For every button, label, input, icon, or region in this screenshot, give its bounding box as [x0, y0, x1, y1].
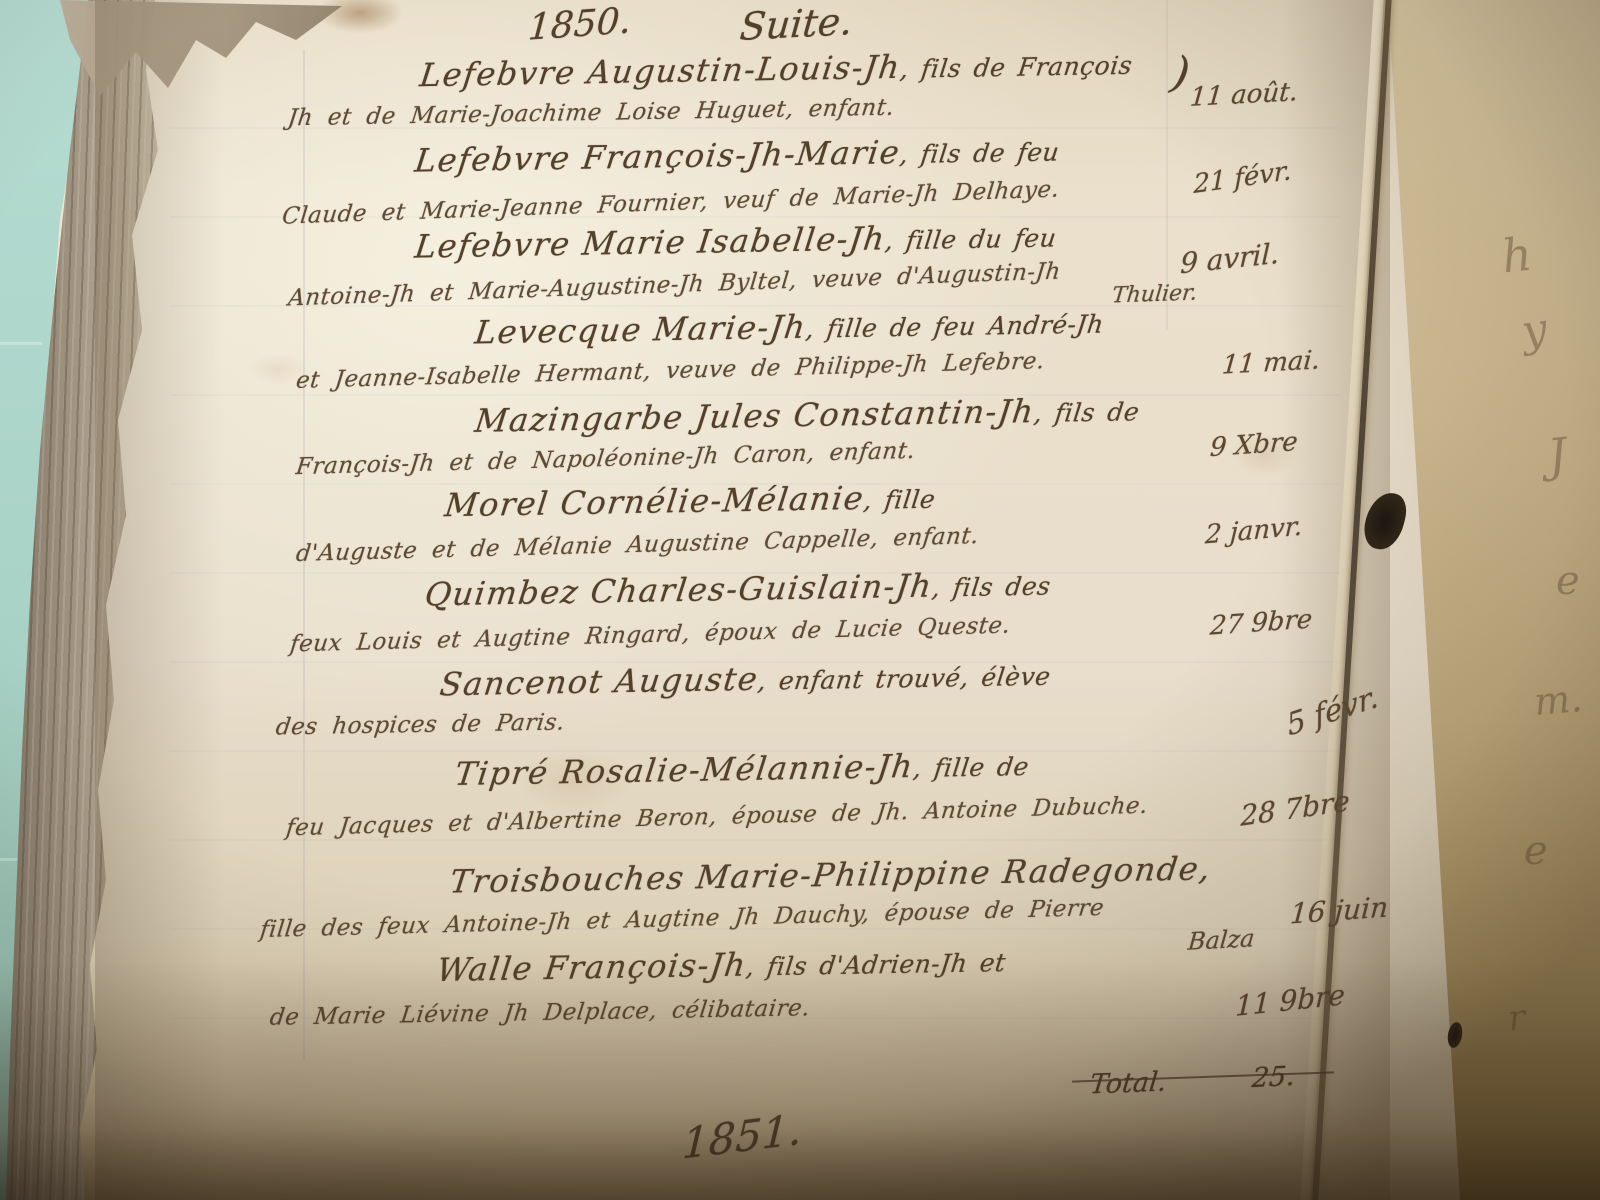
binding-shadow	[95, 0, 225, 1200]
total-value: 25.	[1251, 1061, 1297, 1094]
year-heading: 1850.	[527, 0, 633, 48]
entry-qualifier: , fils de François	[899, 51, 1134, 84]
entry-note: Thulier.	[1111, 280, 1199, 308]
entry-date: 11 mai.	[1221, 345, 1322, 380]
deceased-name: Sancenot Auguste	[438, 660, 761, 704]
entry-qualifier: , fils des	[930, 572, 1052, 603]
entry-qualifier: , enfant trouvé, élève	[756, 662, 1052, 696]
faint-ink-fragment: e	[1556, 558, 1580, 604]
faint-ink-fragment: m.	[1532, 676, 1584, 724]
register-photo: h y J e m. e r 1850. Suite. ) Lefebvre A…	[0, 0, 1600, 1200]
entry-qualifier: , fille	[862, 485, 937, 515]
entry-qualifier: , fils de feu	[898, 137, 1061, 169]
deceased-name: Levecque Marie-Jh	[473, 308, 809, 352]
entry-qualifier: , fille du feu	[884, 223, 1059, 255]
faint-ink-fragment: h	[1499, 227, 1534, 284]
margin-rule	[1166, 0, 1168, 330]
faint-ink-fragment: e	[1524, 828, 1548, 874]
entry-note: Balza	[1187, 924, 1256, 956]
entry-date: 11 août.	[1189, 77, 1299, 113]
deceased-name: Walle François-Jh	[435, 946, 749, 989]
entry-qualifier: , fille de	[912, 752, 1031, 783]
total-label: Total.	[1088, 1067, 1168, 1101]
gutter-shadow	[1280, 0, 1390, 1200]
entry-qualifier: , fille de feu André-Jh	[804, 309, 1105, 343]
deceased-name: Morel Cornélie-Mélanie	[443, 479, 867, 524]
entry-date: 9 Xbre	[1209, 427, 1299, 463]
entry-qualifier: , fils d'Adrien-Jh et	[744, 948, 1007, 982]
entry-detail-line: des hospices de Paris.	[274, 709, 566, 740]
entry-date: 16 juin	[1289, 890, 1389, 930]
continuation-heading: Suite.	[738, 0, 854, 49]
table-seam	[0, 342, 42, 345]
entry-qualifier: , fils de	[1032, 397, 1141, 428]
deceased-name: Tipré Rosalie-Mélannie-Jh	[453, 747, 916, 793]
